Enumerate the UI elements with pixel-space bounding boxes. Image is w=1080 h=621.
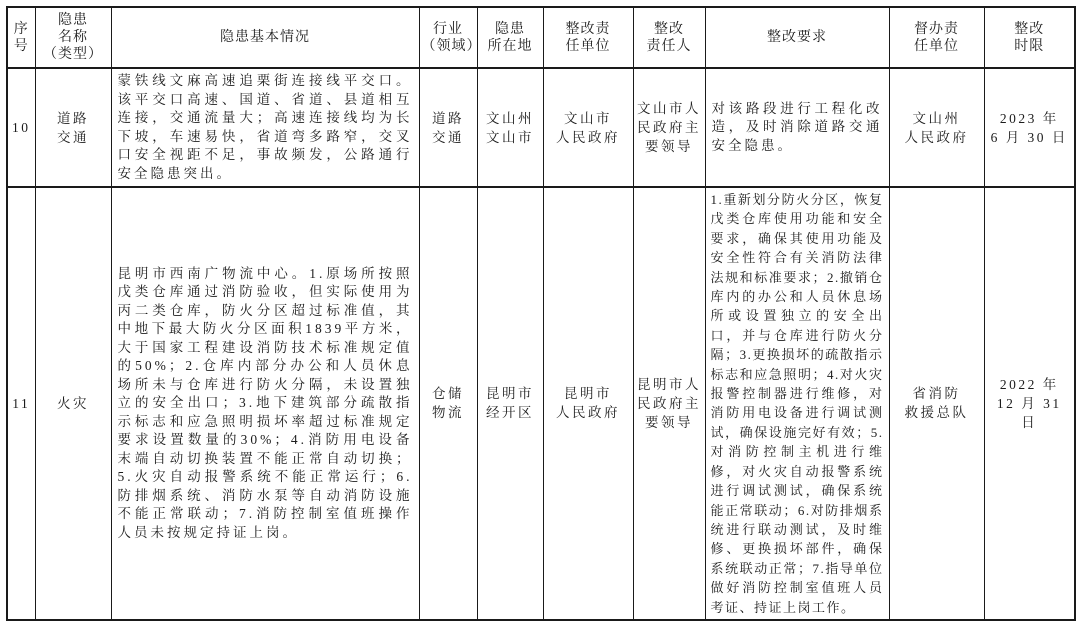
cell-requirements: 1.重新划分防火分区，恢复戊类仓库使用功能和安全要求，确保其使用功能及安全性符合… <box>705 187 889 620</box>
cell-location: 昆明市 经开区 <box>477 187 543 620</box>
header-supervision-responsible-unit: 督办责 任单位 <box>889 7 984 68</box>
table-row-11: 11 火灾 昆明市西南广物流中心。1.原场所按照戊类仓库通过消防验收，但实际使用… <box>7 187 1075 620</box>
header-hazard-name-type: 隐患 名称 （类型） <box>35 7 111 68</box>
cell-responsible-person: 文山市人民政府主要领导 <box>633 68 705 187</box>
table-row-10: 10 道路 交通 蒙铁线文麻高速追栗街连接线平交口。该平交口高速、国道、省道、县… <box>7 68 1075 187</box>
cell-hazard-type: 火灾 <box>35 187 111 620</box>
header-hazard-location: 隐患 所在地 <box>477 7 543 68</box>
cell-deadline: 2022 年 12 月 31 日 <box>984 187 1075 620</box>
cell-serial-number: 11 <box>7 187 35 620</box>
cell-location: 文山州 文山市 <box>477 68 543 187</box>
cell-requirements: 对该路段进行工程化改造，及时消除道路交通安全隐患。 <box>705 68 889 187</box>
cell-responsible-person: 昆明市人民政府主要领导 <box>633 187 705 620</box>
cell-responsible-unit: 昆明市 人民政府 <box>543 187 633 620</box>
header-rectification-requirements: 整改要求 <box>705 7 889 68</box>
cell-hazard-situation: 昆明市西南广物流中心。1.原场所按照戊类仓库通过消防验收，但实际使用为丙二类仓库… <box>111 187 419 620</box>
document-page: 序 号 隐患 名称 （类型） 隐患基本情况 行业 （领域） 隐患 所在地 整改责… <box>0 0 1080 557</box>
cell-deadline: 2023 年 6 月 30 日 <box>984 68 1075 187</box>
cell-industry: 仓储 物流 <box>419 187 477 620</box>
header-hazard-basic-situation: 隐患基本情况 <box>111 7 419 68</box>
cell-serial-number: 10 <box>7 68 35 187</box>
cell-supervision-unit: 省消防 救援总队 <box>889 187 984 620</box>
header-rectification-deadline: 整改 时限 <box>984 7 1075 68</box>
cell-supervision-unit: 文山州 人民政府 <box>889 68 984 187</box>
header-serial-number: 序 号 <box>7 7 35 68</box>
hazard-rectification-table: 序 号 隐患 名称 （类型） 隐患基本情况 行业 （领域） 隐患 所在地 整改责… <box>6 6 1076 621</box>
cell-responsible-unit: 文山市 人民政府 <box>543 68 633 187</box>
table-header-row: 序 号 隐患 名称 （类型） 隐患基本情况 行业 （领域） 隐患 所在地 整改责… <box>7 7 1075 68</box>
header-rectification-responsible-person: 整改 责任人 <box>633 7 705 68</box>
cell-hazard-type: 道路 交通 <box>35 68 111 187</box>
cell-hazard-situation: 蒙铁线文麻高速追栗街连接线平交口。该平交口高速、国道、省道、县道相互连接，交通流… <box>111 68 419 187</box>
header-rectification-responsible-unit: 整改责 任单位 <box>543 7 633 68</box>
cell-industry: 道路 交通 <box>419 68 477 187</box>
header-industry-field: 行业 （领域） <box>419 7 477 68</box>
